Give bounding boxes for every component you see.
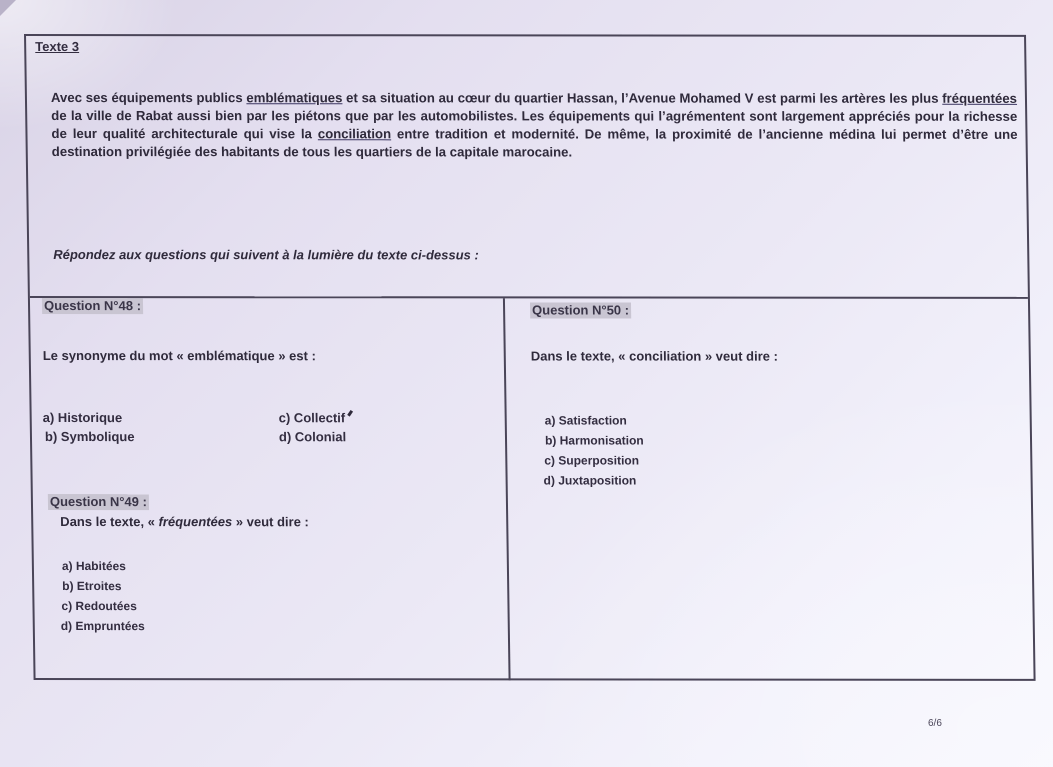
question-49-label: Question N°49 : [48,494,149,510]
highlighted-word-frequentees: fréquentées [942,91,1017,106]
instruction-text: Répondez aux questions qui suivent à la … [53,247,479,262]
reading-passage: Avec ses équipements publics emblématiqu… [51,89,1018,162]
question-48-prompt: Le synonyme du mot « emblématique » est … [43,348,316,363]
exam-box: Texte 3 Avec ses équipements publics emb… [24,34,1036,681]
paper-corner-fold [0,0,16,16]
question-48-option-c[interactable]: c) Collectif [279,408,353,427]
passage-part: et sa situation au cœur du quartier Hass… [342,90,942,106]
highlighted-word-emblematiques: emblématiques [246,90,342,105]
question-48-option-b[interactable]: b) Symbolique [45,427,135,446]
question-50-label: Question N°50 : [530,302,631,318]
prompt-keyword: fréquentées [158,514,232,529]
question-49-option-b[interactable]: b) Etroites [62,577,122,596]
question-49-option-c[interactable]: c) Redoutées [61,597,137,616]
question-50-option-a[interactable]: a) Satisfaction [545,411,627,430]
question-49-option-a[interactable]: a) Habitées [62,557,126,576]
text-section: Texte 3 Avec ses équipements publics emb… [26,36,1028,299]
question-50-option-c[interactable]: c) Superposition [544,451,639,470]
question-49-prompt: Dans le texte, « fréquentées » veut dire… [60,514,309,529]
option-text: c) Collectif [279,410,346,425]
question-50-option-b[interactable]: b) Harmonisation [545,431,644,450]
prompt-text: » veut dire : [232,514,309,529]
pen-tick-mark [348,410,354,417]
question-50-option-d[interactable]: d) Juxtaposition [543,471,636,490]
page-number: 6/6 [928,718,942,729]
section-title: Texte 3 [35,39,79,54]
left-question-column: Question N°48 : Le synonyme du mot « emb… [30,298,511,680]
prompt-text: Dans le texte, « [60,514,159,529]
highlighted-word-conciliation: conciliation [318,126,392,141]
question-49-option-d[interactable]: d) Empruntées [61,617,145,636]
question-48-option-d[interactable]: d) Colonial [279,427,346,446]
passage-part: Avec ses équipements publics [51,90,247,105]
question-48-option-a[interactable]: a) Historique [43,408,123,427]
question-48-label: Question N°48 : [42,298,143,314]
right-question-column: Question N°50 : Dans le texte, « concili… [505,298,1034,680]
question-50-prompt: Dans le texte, « conciliation » veut dir… [531,348,778,363]
